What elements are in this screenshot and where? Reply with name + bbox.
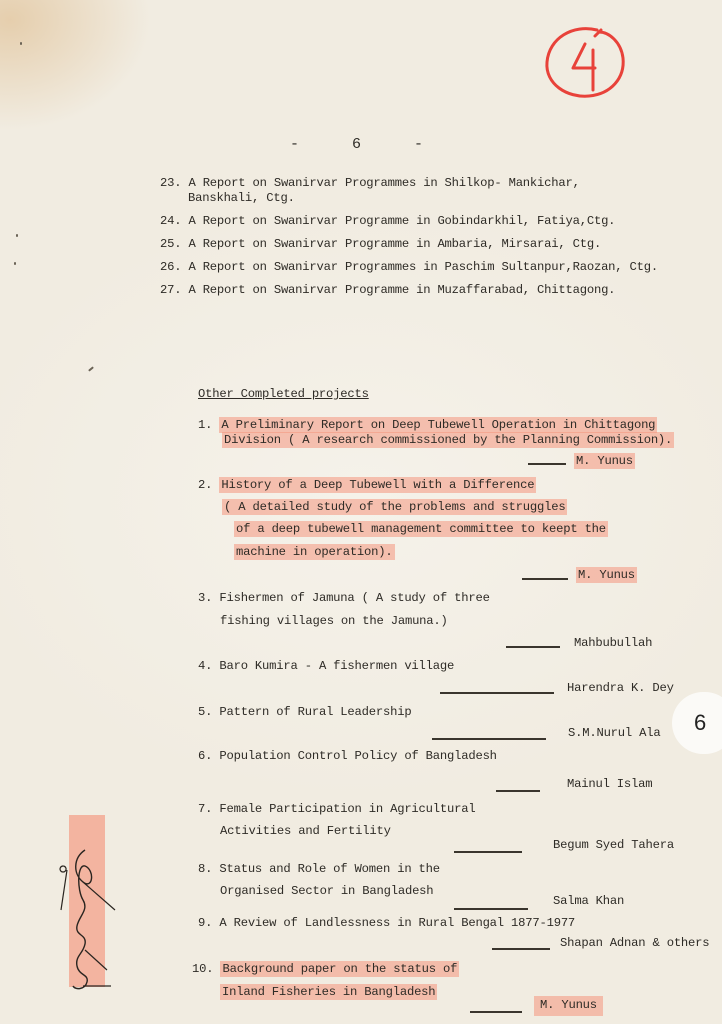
author-dash-rule [432, 738, 546, 740]
project-title: Organised Sector in Bangladesh [220, 884, 433, 898]
project-item-2-cont: ( A detailed study of the problems and s… [222, 500, 567, 514]
project-number: 2. [198, 478, 212, 492]
paper-speck [14, 262, 16, 265]
project-author: Mainul Islam [567, 777, 652, 791]
report-number: 23. [160, 176, 181, 190]
highlighted-project-title: Background paper on the status of [220, 961, 459, 977]
section-heading: Other Completed projects [198, 387, 369, 401]
highlighted-project-title: A Preliminary Report on Deep Tubewell Op… [219, 417, 657, 433]
project-author: Shapan Adnan & others [560, 936, 709, 950]
report-title-line: A Report on Swanirvar Programme in Ambar… [188, 237, 601, 251]
project-title: Status and Role of Women in the [219, 862, 440, 876]
project-number: 3. [198, 591, 212, 605]
handwritten-signature [55, 830, 125, 1000]
paper-speck [88, 366, 94, 371]
project-author: M. Yunus [574, 454, 635, 468]
author-dash-rule [470, 1011, 522, 1013]
author-dash-rule [522, 578, 568, 580]
project-item-7: 7. Female Participation in Agricultural [198, 802, 475, 816]
project-author: Begum Syed Tahera [553, 838, 674, 852]
report-number: 27. [160, 283, 181, 297]
project-item-10: 10. Background paper on the status of [192, 962, 459, 976]
report-item-23-cont: Banskhali, Ctg. [188, 191, 295, 205]
project-number: 1. [198, 418, 212, 432]
project-item-3: 3. Fishermen of Jamuna ( A study of thre… [198, 591, 490, 605]
project-title: Fishermen of Jamuna ( A study of three [219, 591, 489, 605]
project-item-3-cont: fishing villages on the Jamuna.) [220, 614, 448, 628]
highlighted-project-title: Division ( A research commissioned by th… [222, 432, 674, 448]
report-title-line: A Report on Swanirvar Programme in Gobin… [188, 214, 615, 228]
project-item-1-cont: Division ( A research commissioned by th… [222, 433, 674, 447]
highlighted-author: M. Yunus [576, 567, 637, 583]
highlighted-project-title: of a deep tubewell management committee … [234, 521, 608, 537]
author-dash-rule [440, 692, 554, 694]
project-number: 6. [198, 749, 212, 763]
project-number: 5. [198, 705, 212, 719]
project-item-10-cont: Inland Fisheries in Bangladesh [220, 985, 437, 999]
scanned-document-page: - 6 - 23. A Report on Swanirvar Programm… [0, 0, 722, 1024]
project-number: 7. [198, 802, 212, 816]
project-item-6: 6. Population Control Policy of Banglade… [198, 749, 497, 763]
author-dash-rule [528, 463, 566, 465]
page-indicator-badge[interactable]: 6 [672, 692, 722, 754]
project-item-9: 9. A Review of Landlessness in Rural Ben… [198, 916, 575, 930]
project-number: 9. [198, 916, 212, 930]
project-item-1: 1. A Preliminary Report on Deep Tubewell… [198, 418, 657, 432]
report-number: 26. [160, 260, 181, 274]
author-dash-rule [454, 908, 528, 910]
project-title: Baro Kumira - A fishermen village [219, 659, 454, 673]
page-number: - 6 - [290, 136, 445, 153]
project-number: 4. [198, 659, 212, 673]
project-author: Salma Khan [553, 894, 624, 908]
project-title: Activities and Fertility [220, 824, 391, 838]
report-number: 25. [160, 237, 181, 251]
report-item-25: 25. A Report on Swanirvar Programme in A… [160, 237, 601, 251]
project-title: Population Control Policy of Bangladesh [219, 749, 496, 763]
report-item-26: 26. A Report on Swanirvar Programmes in … [160, 260, 658, 274]
report-item-23: 23. A Report on Swanirvar Programmes in … [160, 176, 580, 190]
project-author: M. Yunus [576, 568, 637, 582]
paper-speck [20, 42, 22, 45]
author-dash-rule [454, 851, 522, 853]
handwritten-circled-number-annotation [543, 22, 627, 100]
project-item-7-cont: Activities and Fertility [220, 824, 391, 838]
report-number: 24. [160, 214, 181, 228]
project-title: fishing villages on the Jamuna.) [220, 614, 448, 628]
highlighted-author: M. Yunus [574, 453, 635, 469]
project-item-4: 4. Baro Kumira - A fishermen village [198, 659, 454, 673]
project-item-2-cont: machine in operation). [234, 545, 395, 559]
project-number: 8. [198, 862, 212, 876]
report-item-24: 24. A Report on Swanirvar Programme in G… [160, 214, 615, 228]
project-author: S.M.Nurul Ala [568, 726, 660, 740]
highlighted-project-title: History of a Deep Tubewell with a Differ… [219, 477, 536, 493]
author-dash-rule [506, 646, 560, 648]
project-item-8-cont: Organised Sector in Bangladesh [220, 884, 433, 898]
page-indicator-number: 6 [694, 710, 706, 736]
author-dash-rule [496, 790, 540, 792]
project-item-8: 8. Status and Role of Women in the [198, 862, 440, 876]
project-author: M. Yunus [534, 998, 603, 1012]
project-author: Mahbubullah [574, 636, 652, 650]
project-title: A Review of Landlessness in Rural Bengal… [219, 916, 575, 930]
project-title: Pattern of Rural Leadership [219, 705, 411, 719]
highlighted-project-title: Inland Fisheries in Bangladesh [220, 984, 437, 1000]
report-item-27: 27. A Report on Swanirvar Programme in M… [160, 283, 615, 297]
project-item-2-cont: of a deep tubewell management committee … [234, 522, 608, 536]
highlighted-project-title: ( A detailed study of the problems and s… [222, 499, 567, 515]
project-item-5: 5. Pattern of Rural Leadership [198, 705, 411, 719]
author-dash-rule [492, 948, 550, 950]
project-title: Female Participation in Agricultural [219, 802, 475, 816]
report-title-line: A Report on Swanirvar Programmes in Pasc… [188, 260, 658, 274]
report-title-line: A Report on Swanirvar Programmes in Shil… [188, 176, 579, 190]
report-title-line: Banskhali, Ctg. [188, 191, 295, 205]
project-item-2: 2. History of a Deep Tubewell with a Dif… [198, 478, 536, 492]
project-author: Harendra K. Dey [567, 681, 674, 695]
highlighted-project-title: machine in operation). [234, 544, 395, 560]
highlighted-author: M. Yunus [534, 996, 603, 1016]
paper-speck [16, 234, 18, 237]
report-title-line: A Report on Swanirvar Programme in Muzaf… [188, 283, 615, 297]
project-number: 10. [192, 962, 213, 976]
